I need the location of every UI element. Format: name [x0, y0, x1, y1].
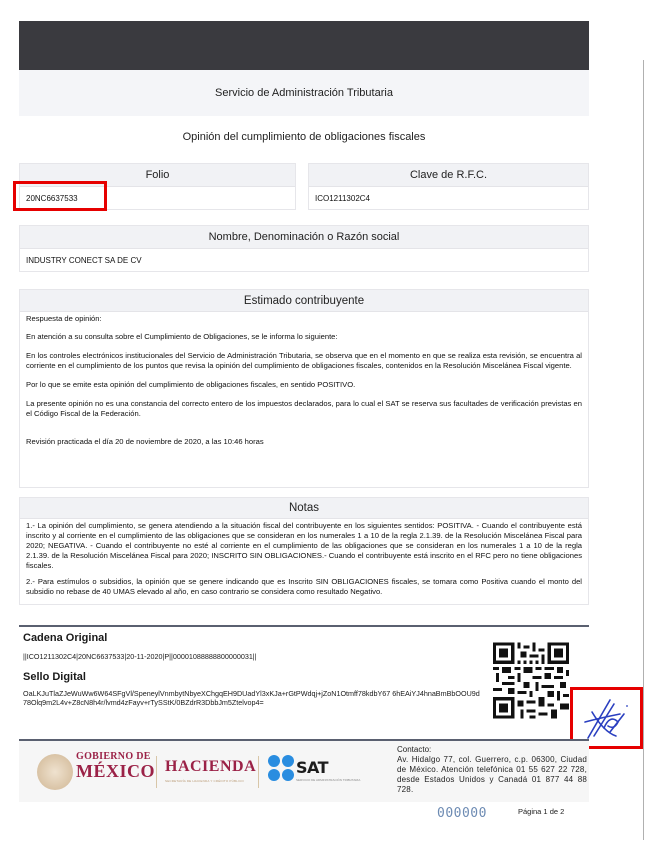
gobierno-de-mexico-logo: GOBIERNO DE MÉXICO	[76, 752, 155, 780]
nota-item: 2.- Para estímulos o subsidios, la opini…	[26, 577, 582, 597]
opinion-paragraph: En atención a su consulta sobre el Cumpl…	[26, 332, 582, 342]
nota-item: 1.- La opinión del cumplimiento, se gene…	[26, 521, 582, 571]
opinion-box: Estimado contribuyente Respuesta de opin…	[19, 289, 589, 488]
sello-digital-value: OaLKJuTlaZJeWuWw6W64SFgVl/SpeneylVnmbytN…	[23, 689, 483, 707]
rfc-value: ICO1211302C4	[309, 187, 588, 210]
sat-logo-subtitle: SERVICIO DE ADMINISTRACIÓN TRIBUTARIA	[296, 778, 360, 782]
gobierno-logo-line2: MÉXICO	[76, 762, 155, 780]
opinion-paragraph: En los controles electrónicos institucio…	[26, 351, 582, 371]
opinion-paragraph: Por lo que se emite esta opinión del cum…	[26, 380, 582, 390]
agency-name: Servicio de Administración Tributaria	[215, 87, 393, 99]
nombre-label: Nombre, Denominación o Razón social	[20, 226, 588, 249]
nombre-value: INDUSTRY CONECT SA DE CV	[20, 249, 588, 272]
contact-body: Av. Hidalgo 77, col. Guerrero, c.p. 0630…	[397, 755, 587, 795]
hacienda-logo-subtitle: SECRETARÍA DE HACIENDA Y CRÉDITO PÚBLICO	[165, 779, 244, 783]
opinion-paragraph: Respuesta de opinión:	[26, 314, 582, 324]
notas-box: Notas 1.- La opinión del cumplimiento, s…	[19, 497, 589, 605]
opinion-paragraph: La presente opinión no es una constancia…	[26, 399, 582, 419]
qr-code-icon	[493, 642, 569, 719]
page-number: Página 1 de 2	[518, 807, 564, 816]
document-title: Opinión del cumplimiento de obligaciones…	[19, 131, 589, 143]
sat-logo-icon	[268, 755, 294, 781]
sat-logo: SAT	[296, 758, 328, 777]
notas-body: 1.- La opinión del cumplimiento, se gene…	[20, 519, 588, 605]
opinion-title: Estimado contribuyente	[20, 290, 588, 312]
contact-title: Contacto:	[397, 745, 431, 754]
rfc-label: Clave de R.F.C.	[309, 164, 588, 187]
stamp-number: 000000	[437, 806, 487, 821]
sello-digital-title: Sello Digital	[23, 671, 86, 683]
opinion-body: Respuesta de opinión: En atención a su c…	[20, 312, 588, 458]
agency-band: Servicio de Administración Tributaria	[19, 70, 589, 116]
logo-separator	[156, 756, 157, 788]
national-emblem-icon	[37, 754, 73, 790]
divider	[19, 625, 589, 627]
dark-header-bar	[19, 21, 589, 70]
revision-date: Revisión practicada el día 20 de noviemb…	[26, 437, 582, 447]
nombre-box: Nombre, Denominación o Razón social INDU…	[19, 225, 589, 272]
cadena-original-title: Cadena Original	[23, 632, 107, 644]
rfc-box: Clave de R.F.C. ICO1211302C4	[308, 163, 589, 210]
folio-highlight-box	[13, 181, 107, 211]
notas-title: Notas	[20, 498, 588, 519]
logo-separator	[258, 756, 259, 788]
hacienda-logo: HACIENDA	[165, 758, 256, 776]
cadena-original-value: ||ICO1211302C4|20NC6637533|20-11-2020|P|…	[23, 652, 257, 661]
page-edge	[643, 60, 644, 840]
